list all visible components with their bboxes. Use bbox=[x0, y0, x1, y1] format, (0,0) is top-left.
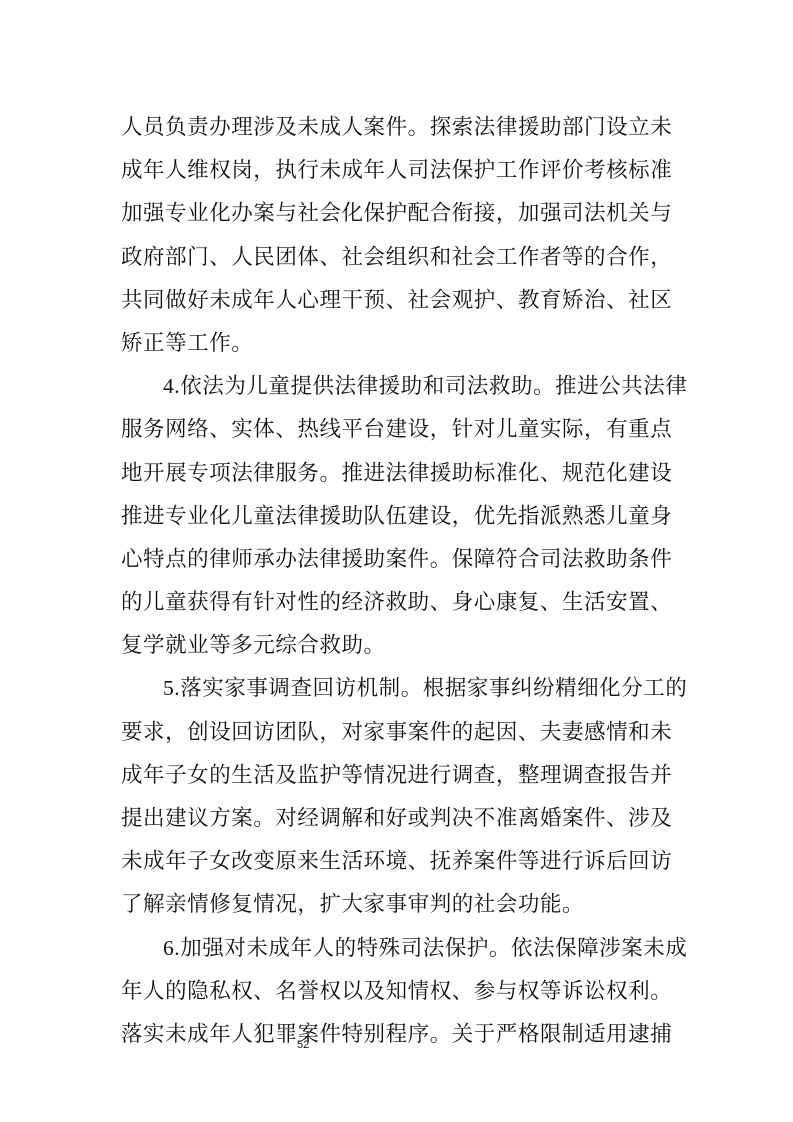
text-line: 6.加强对未成年人的特殊司法保护。依法保障涉案未成 bbox=[121, 927, 685, 970]
paragraph-5: 5.落实家事调查回访机制。根据家事纠纷精细化分工的 要求，创设回访团队，对家事案… bbox=[121, 667, 685, 926]
text-line: 成年人维权岗，执行未成年人司法保护工作评价考核标准 bbox=[121, 149, 685, 192]
paragraph-number: 6. bbox=[163, 936, 180, 960]
document-page: 人员负责办理涉及未成人案件。探索法律援助部门设立未 成年人维权岗，执行未成年人司… bbox=[0, 0, 793, 1122]
text-line: 人员负责办理涉及未成人案件。探索法律援助部门设立未 bbox=[121, 106, 685, 149]
body-text: 人员负责办理涉及未成人案件。探索法律援助部门设立未 成年人维权岗，执行未成年人司… bbox=[121, 106, 685, 1056]
text-line: 加强专业化办案与社会化保护配合衔接，加强司法机关与 bbox=[121, 192, 685, 235]
paragraph-number: 4. bbox=[163, 374, 180, 398]
paragraph-6: 6.加强对未成年人的特殊司法保护。依法保障涉案未成 年人的隐私权、名誉权以及知情… bbox=[121, 927, 685, 1057]
text-line: 心特点的律师承办法律援助案件。保障符合司法救助条件 bbox=[121, 538, 685, 581]
text-line: 落实未成年人犯罪案件特别程序。关于严格限制适用逮捕 bbox=[121, 1013, 685, 1056]
text-line: 矫正等工作。 bbox=[121, 322, 685, 365]
text-line: 年人的隐私权、名誉权以及知情权、参与权等诉讼权利。 bbox=[121, 970, 685, 1013]
text-line: 的儿童获得有针对性的经济救助、身心康复、生活安置、 bbox=[121, 581, 685, 624]
paragraph-heading-text: 加强对未成年人的特殊司法保护。依法保障涉案未成 bbox=[180, 936, 687, 961]
text-line: 政府部门、人民团体、社会组织和社会工作者等的合作， bbox=[121, 236, 685, 279]
text-line: 成年子女的生活及监护等情况进行调查，整理调查报告并 bbox=[121, 754, 685, 797]
paragraph-heading-text: 落实家事调查回访机制。根据家事纠纷精细化分工的 bbox=[180, 676, 687, 701]
paragraph-number: 5. bbox=[163, 676, 180, 700]
page-number: 52 bbox=[297, 1039, 317, 1051]
text-line: 地开展专项法律服务。推进法律援助标准化、规范化建设 bbox=[121, 452, 685, 495]
text-line: 提出建议方案。对经调解和好或判决不准离婚案件、涉及 bbox=[121, 797, 685, 840]
text-line: 共同做好未成年人心理干预、社会观护、教育矫治、社区 bbox=[121, 279, 685, 322]
text-line: 4.依法为儿童提供法律援助和司法救助。推进公共法律 bbox=[121, 365, 685, 408]
paragraph-heading-text: 依法为儿童提供法律援助和司法救助。推进公共法律 bbox=[180, 374, 687, 399]
text-line: 了解亲情修复情况，扩大家事审判的社会功能。 bbox=[121, 883, 685, 926]
text-line: 未成年子女改变原来生活环境、抚养案件等进行诉后回访 bbox=[121, 840, 685, 883]
paragraph-4: 4.依法为儿童提供法律援助和司法救助。推进公共法律 服务网络、实体、热线平台建设… bbox=[121, 365, 685, 667]
text-line: 服务网络、实体、热线平台建设，针对儿童实际，有重点 bbox=[121, 408, 685, 451]
paragraph-continued: 人员负责办理涉及未成人案件。探索法律援助部门设立未 成年人维权岗，执行未成年人司… bbox=[121, 106, 685, 365]
text-line: 要求，创设回访团队，对家事案件的起因、夫妻感情和未 bbox=[121, 711, 685, 754]
text-line: 5.落实家事调查回访机制。根据家事纠纷精细化分工的 bbox=[121, 667, 685, 710]
text-line: 复学就业等多元综合救助。 bbox=[121, 624, 685, 667]
text-line: 推进专业化儿童法律援助队伍建设，优先指派熟悉儿童身 bbox=[121, 495, 685, 538]
